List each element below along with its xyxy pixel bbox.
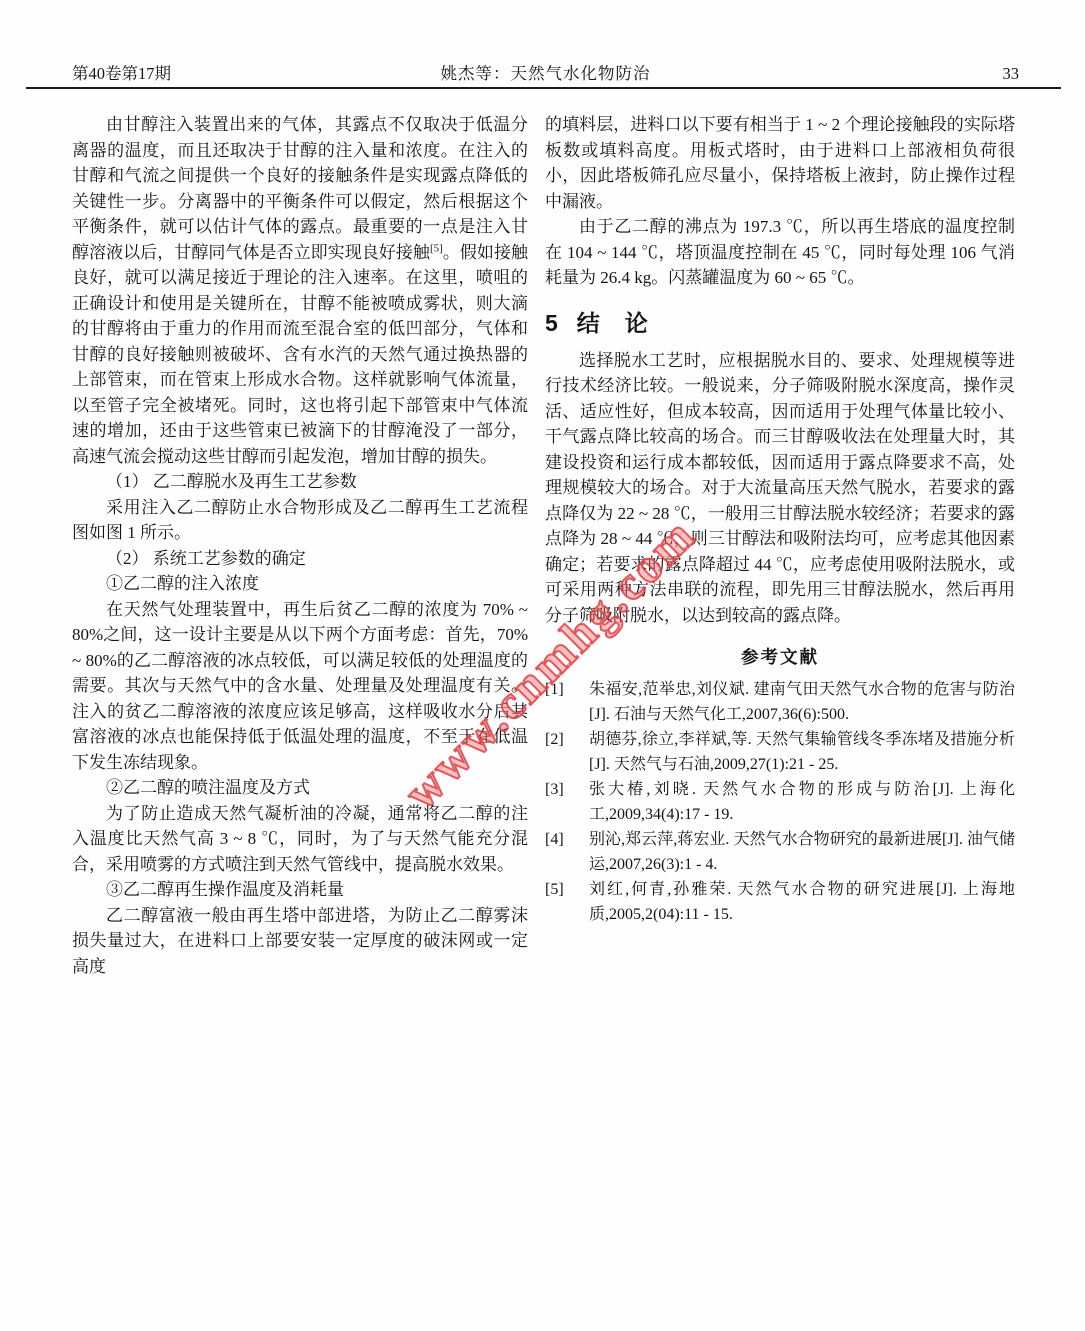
volume-issue: 第40卷第17期	[72, 60, 309, 84]
reference-text: 张大椿,刘晓. 天然气水合物的形成与防治[J]. 上海化工,2009,34(4)…	[589, 777, 1015, 827]
paragraph-text: 由甘醇注入装置出来的气体，其露点不仅取决于低温分离器的温度，而且还取决于甘醇的注…	[72, 115, 528, 262]
paragraph-conclusion: 选择脱水工艺时，应根据脱水目的、要求、处理规模等进行技术经济比较。一般说来，分子…	[545, 348, 1015, 629]
page-number: 33	[782, 64, 1019, 84]
reference-label: [4]	[545, 827, 589, 877]
section-title: 结 论	[577, 310, 649, 336]
right-column: 的填料层，进料口以下要有相当于 1 ~ 2 个理论接触段的实际塔板数或填料高度。…	[545, 112, 1015, 979]
reference-label: [3]	[545, 777, 589, 827]
running-title: 姚杰等：天然气水化物防治	[309, 60, 783, 84]
paragraph-spray-temperature: 为了防止造成天然气凝析油的冷凝，通常将乙二醇的注入温度比天然气高 3 ~ 8 ℃…	[72, 801, 528, 878]
reference-text: 刘红,何青,孙雅荣. 天然气水合物的研究进展[J]. 上海地质,2005,2(0…	[589, 877, 1015, 927]
left-column: 由甘醇注入装置出来的气体，其露点不仅取决于低温分离器的温度，而且还取决于甘醇的注…	[72, 112, 528, 979]
subitem-3-heading: ③乙二醇再生操作温度及消耗量	[72, 877, 528, 903]
paragraph-text: 。假如接触良好，就可以满足接近于理论的注入速率。在这里，喷咀的正确设计和使用是关…	[72, 243, 528, 466]
page-header: 第40卷第17期 姚杰等：天然气水化物防治 33	[72, 60, 1019, 84]
reference-label: [1]	[545, 677, 589, 727]
reference-label: [5]	[545, 877, 589, 927]
subitem-1-heading: ①乙二醇的注入浓度	[72, 571, 528, 597]
paragraph-boiling-point: 由于乙二醇的沸点为 197.3 ℃，所以再生塔底的温度控制在 104 ~ 144…	[545, 214, 1015, 291]
paragraph-injection-concentration: 在天然气处理装置中，再生后贫乙二醇的浓度为 70% ~ 80%之间，这一设计主要…	[72, 597, 528, 776]
header-rule	[26, 87, 1061, 89]
reference-item: [2] 胡德芬,徐立,李祥斌,等. 天然气集输管线冬季冻堵及措施分析[J]. 天…	[545, 727, 1015, 777]
paragraph-continuation: 的填料层，进料口以下要有相当于 1 ~ 2 个理论接触段的实际塔板数或填料高度。…	[545, 112, 1015, 214]
reference-item: [5] 刘红,何青,孙雅荣. 天然气水合物的研究进展[J]. 上海地质,2005…	[545, 877, 1015, 927]
list-item-2-heading: （2） 系统工艺参数的确定	[72, 546, 528, 572]
citation-superscript: [5]	[430, 242, 443, 254]
reference-text: 别沁,郑云萍,蒋宏业. 天然气水合物研究的最新进展[J]. 油气储运,2007,…	[589, 827, 1015, 877]
section-number: 5	[545, 310, 559, 336]
reference-text: 朱福安,范举忠,刘仪斌. 建南气田天然气水合物的危害与防治[J]. 石油与天然气…	[589, 677, 1015, 727]
reference-label: [2]	[545, 727, 589, 777]
subitem-2-heading: ②乙二醇的喷注温度及方式	[72, 775, 528, 801]
paragraph-regeneration: 乙二醇富液一般由再生塔中部进塔，为防止乙二醇雾沫损失量过大，在进料口上部要安装一…	[72, 903, 528, 980]
reference-text: 胡德芬,徐立,李祥斌,等. 天然气集输管线冬季冻堵及措施分析[J]. 天然气与石…	[589, 727, 1015, 777]
reference-item: [1] 朱福安,范举忠,刘仪斌. 建南气田天然气水合物的危害与防治[J]. 石油…	[545, 677, 1015, 727]
reference-item: [3] 张大椿,刘晓. 天然气水合物的形成与防治[J]. 上海化工,2009,3…	[545, 777, 1015, 827]
journal-page: 第40卷第17期 姚杰等：天然气水化物防治 33 www.cnmhg.com 由…	[0, 0, 1085, 1331]
references-heading: 参考文献	[545, 644, 1015, 669]
paragraph-process-flow: 采用注入乙二醇防止水合物形成及乙二醇再生工艺流程图如图 1 所示。	[72, 495, 528, 546]
list-item-1-heading: （1） 乙二醇脱水及再生工艺参数	[72, 469, 528, 495]
section-heading-conclusion: 5结 论	[545, 305, 1015, 338]
reference-item: [4] 别沁,郑云萍,蒋宏业. 天然气水合物研究的最新进展[J]. 油气储运,2…	[545, 827, 1015, 877]
paragraph-glycol-injection: 由甘醇注入装置出来的气体，其露点不仅取决于低温分离器的温度，而且还取决于甘醇的注…	[72, 112, 528, 469]
article-body: 由甘醇注入装置出来的气体，其露点不仅取决于低温分离器的温度，而且还取决于甘醇的注…	[72, 112, 1015, 979]
